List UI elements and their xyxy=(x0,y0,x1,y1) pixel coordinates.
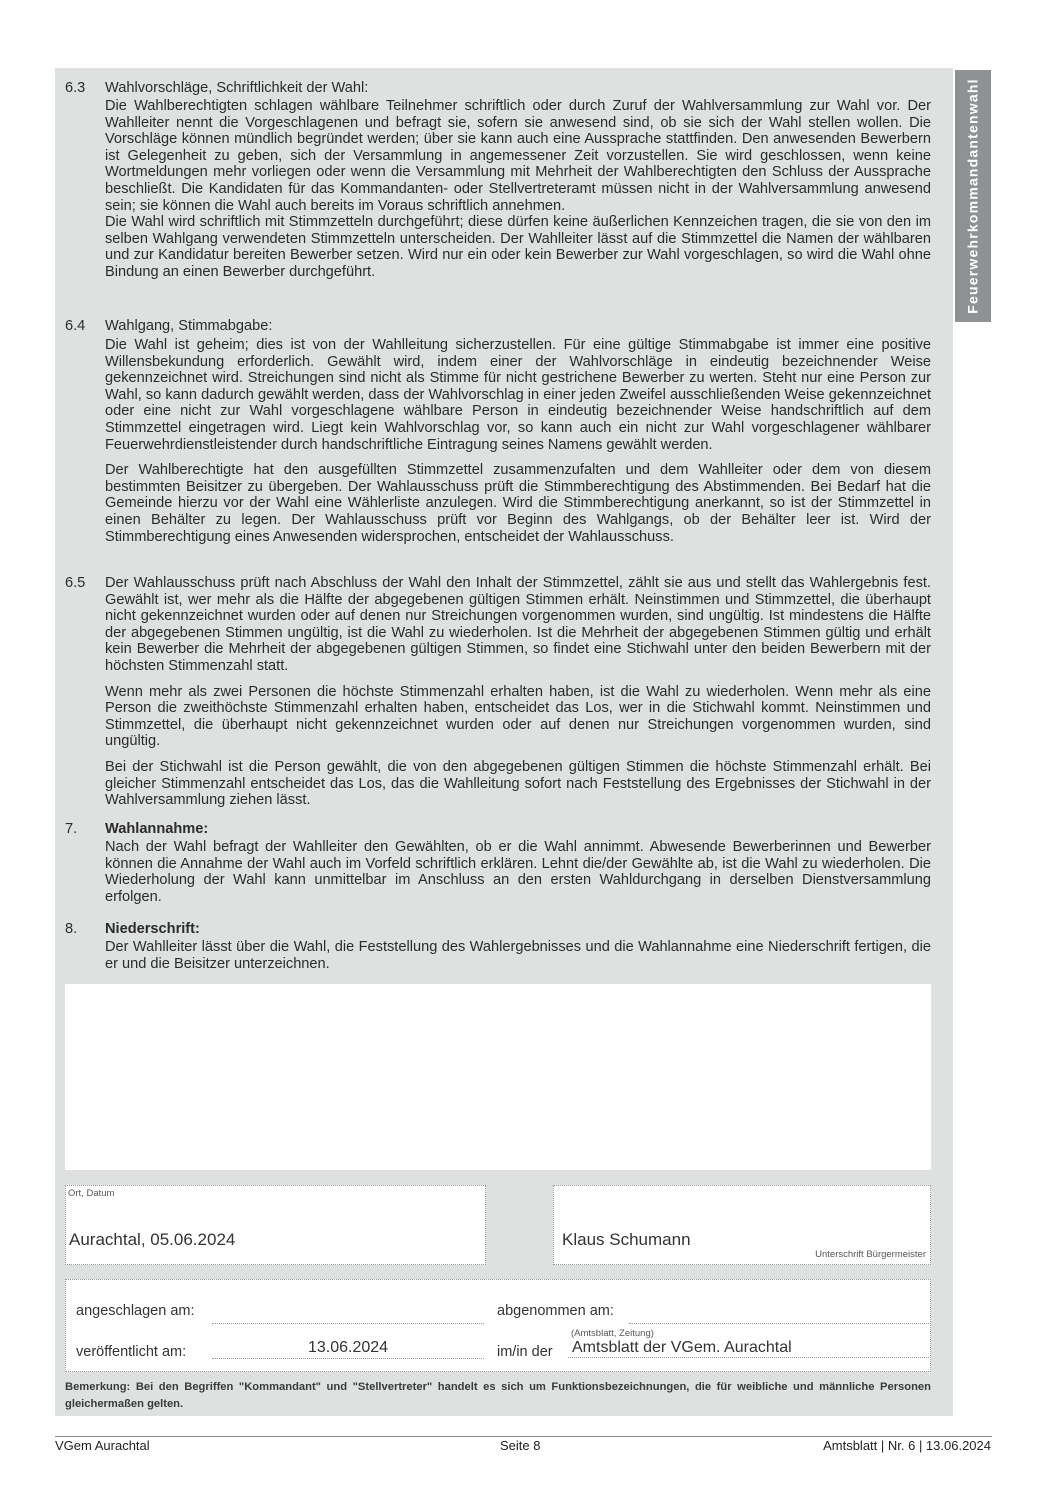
published-label: veröffentlicht am: xyxy=(76,1344,186,1360)
footer-divider xyxy=(55,1436,992,1437)
medium-label: im/in der xyxy=(497,1344,553,1360)
place-date-value: Aurachtal, 05.06.2024 xyxy=(69,1230,235,1250)
signature-box: Klaus Schumann Unterschrift Bürgermeiste… xyxy=(553,1185,931,1265)
section-number: 6.3 xyxy=(65,80,85,97)
section-title: Niederschrift: xyxy=(105,921,200,938)
removed-field[interactable] xyxy=(629,1303,929,1324)
paragraph: Die Wahlberechtigten schlagen wählbare T… xyxy=(105,80,931,214)
footer-issue: Amtsblatt | Nr. 6 | 13.06.2024 xyxy=(823,1438,991,1453)
section-6-4: 6.4 Wahlgang, Stimmabgabe: Die Wahl ist … xyxy=(65,318,931,545)
blank-notes-area xyxy=(65,984,931,1170)
paragraph: Die Wahl ist geheim; dies ist von der Wa… xyxy=(105,318,931,453)
section-title: Wahlvorschläge, Schriftlichkeit der Wahl… xyxy=(105,80,368,97)
published-field[interactable]: 13.06.2024 xyxy=(212,1338,484,1359)
section-number: 7. xyxy=(65,821,77,838)
section-number: 6.4 xyxy=(65,318,85,335)
paragraph: Nach der Wahl befragt der Wahlleiter den… xyxy=(105,821,931,905)
posting-box: angeschlagen am: abgenommen am: veröffen… xyxy=(65,1279,931,1372)
paragraph: Der Wahlausschuss prüft nach Abschluss d… xyxy=(105,575,931,675)
footer-publisher: VGem Aurachtal xyxy=(55,1438,150,1453)
section-title: Wahlgang, Stimmabgabe: xyxy=(105,318,272,335)
paragraph: Bei der Stichwahl ist die Person gewählt… xyxy=(105,759,931,809)
section-7: 7. Wahlannahme: Nach der Wahl befragt de… xyxy=(65,821,931,905)
place-date-label: Ort, Datum xyxy=(68,1188,114,1199)
section-6-3: 6.3 Wahlvorschläge, Schriftlichkeit der … xyxy=(65,80,931,281)
paragraph: Der Wahlleiter lässt über die Wahl, die … xyxy=(105,921,931,972)
removed-label: abgenommen am: xyxy=(497,1303,614,1319)
paragraph: Wenn mehr als zwei Personen die höchste … xyxy=(105,684,931,750)
form-panel: 6.3 Wahlvorschläge, Schriftlichkeit der … xyxy=(55,68,953,1416)
section-title: Wahlannahme: xyxy=(105,821,208,838)
section-6-5: 6.5 Der Wahlausschuss prüft nach Abschlu… xyxy=(65,575,931,809)
section-side-tab: Feuerwehrkommandantenwahl xyxy=(955,70,991,322)
signer-caption: Unterschrift Bürgermeister xyxy=(815,1249,926,1260)
paragraph: Der Wahlberechtigte hat den ausgefüllten… xyxy=(105,462,931,545)
posted-label: angeschlagen am: xyxy=(76,1303,195,1319)
paragraph: Die Wahl wird schriftlich mit Stimmzette… xyxy=(105,214,931,280)
section-number: 6.5 xyxy=(65,575,85,592)
signer-name: Klaus Schumann xyxy=(562,1230,691,1250)
section-number: 8. xyxy=(65,921,77,938)
place-date-box: Ort, Datum Aurachtal, 05.06.2024 xyxy=(65,1185,486,1265)
footer-page-number: Seite 8 xyxy=(500,1438,540,1453)
remark-note: Bemerkung: Bei den Begriffen "Kommandant… xyxy=(65,1379,931,1413)
medium-field[interactable]: Amtsblatt der VGem. Aurachtal xyxy=(568,1338,929,1358)
posted-field[interactable] xyxy=(212,1303,484,1324)
side-tab-label: Feuerwehrkommandantenwahl xyxy=(965,78,981,313)
section-8: 8. Niederschrift: Der Wahlleiter lässt ü… xyxy=(65,921,931,972)
